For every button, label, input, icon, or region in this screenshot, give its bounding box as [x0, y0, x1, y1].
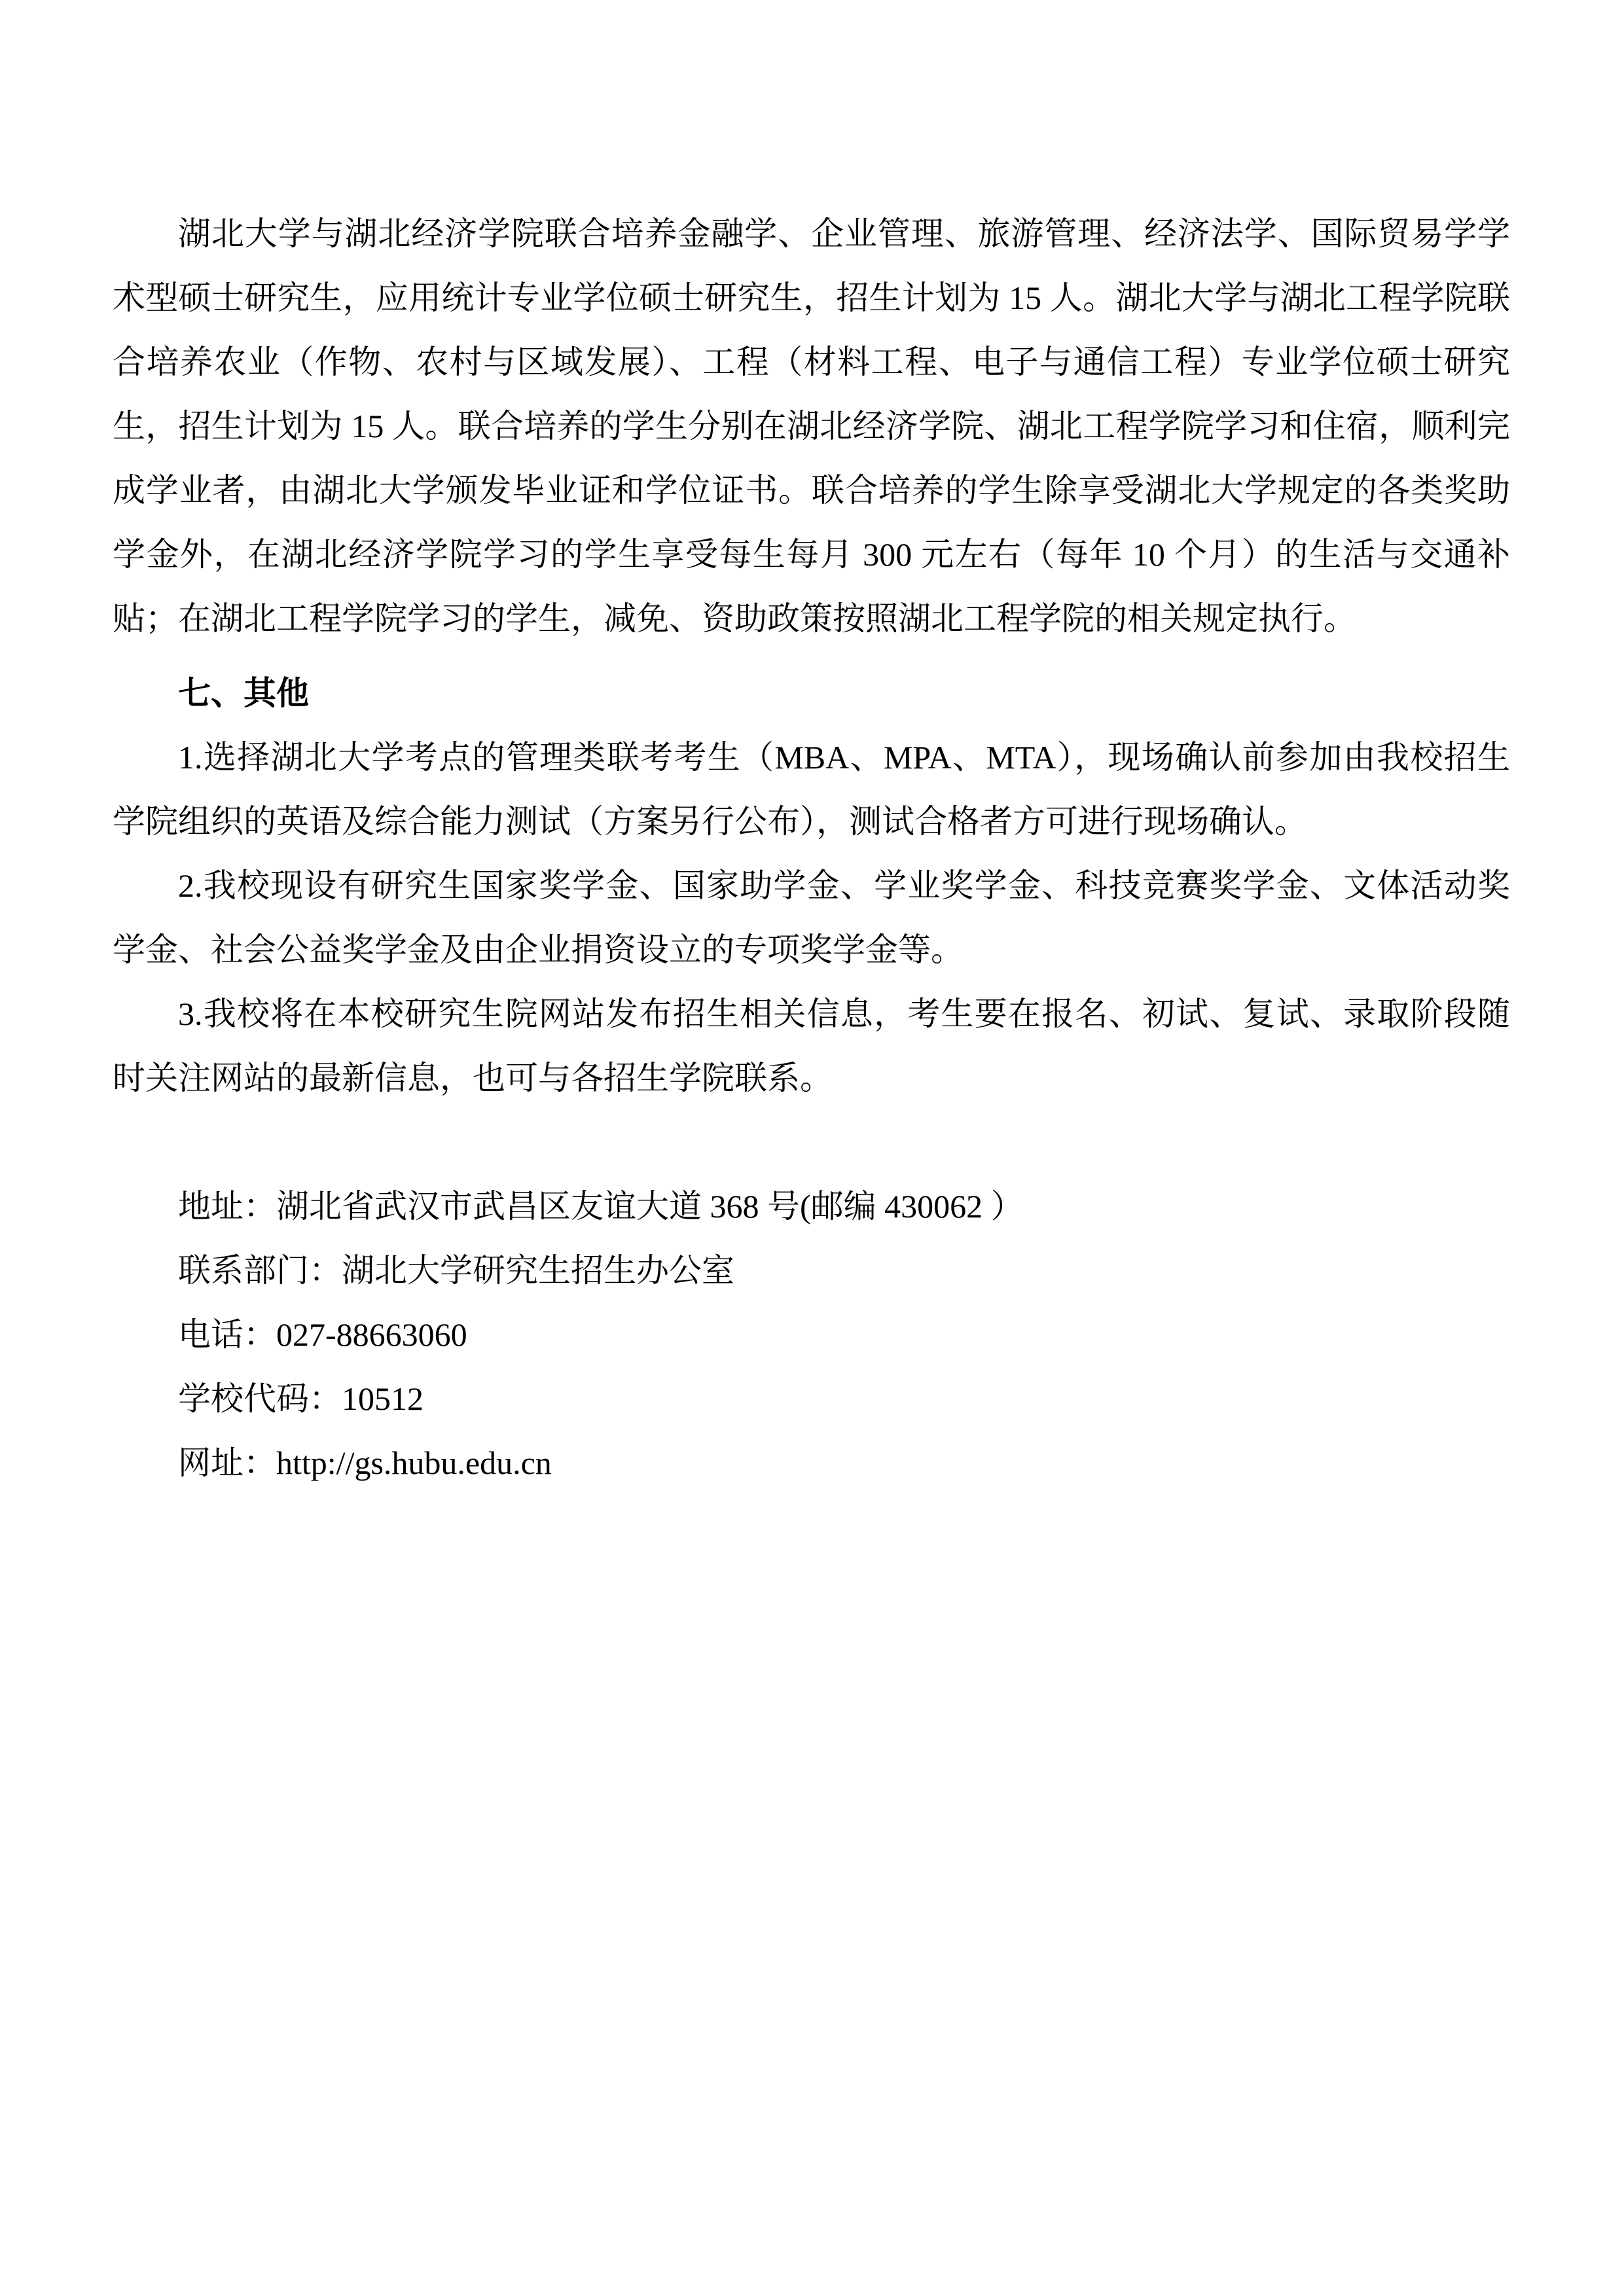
list-item-1-management-joint-exam: 1.选择湖北大学考点的管理类联考考生（MBA、MPA、MTA），现场确认前参加由… — [113, 725, 1510, 853]
document-body: 湖北大学与湖北经济学院联合培养金融学、企业管理、旅游管理、经济法学、国际贸易学学… — [113, 202, 1510, 1495]
section-heading-other: 七、其他 — [113, 661, 1510, 725]
document-page: 湖北大学与湖北经济学院联合培养金融学、企业管理、旅游管理、经济法学、国际贸易学学… — [0, 0, 1624, 2296]
blank-line — [113, 1110, 1510, 1174]
contact-school-code: 学校代码：10512 — [113, 1367, 1510, 1431]
contact-address: 地址：湖北省武汉市武昌区友谊大道 368 号(邮编 430062 ） — [113, 1174, 1510, 1238]
paragraph-joint-training: 湖北大学与湖北经济学院联合培养金融学、企业管理、旅游管理、经济法学、国际贸易学学… — [113, 202, 1510, 651]
list-item-3-website-info: 3.我校将在本校研究生院网站发布招生相关信息，考生要在报名、初试、复试、录取阶段… — [113, 982, 1510, 1110]
contact-website-url: 网址：http://gs.hubu.edu.cn — [113, 1431, 1510, 1495]
list-item-2-scholarships: 2.我校现设有研究生国家奖学金、国家助学金、学业奖学金、科技竞赛奖学金、文体活动… — [113, 853, 1510, 982]
contact-phone: 电话：027-88663060 — [113, 1302, 1510, 1367]
contact-department: 联系部门：湖北大学研究生招生办公室 — [113, 1238, 1510, 1302]
